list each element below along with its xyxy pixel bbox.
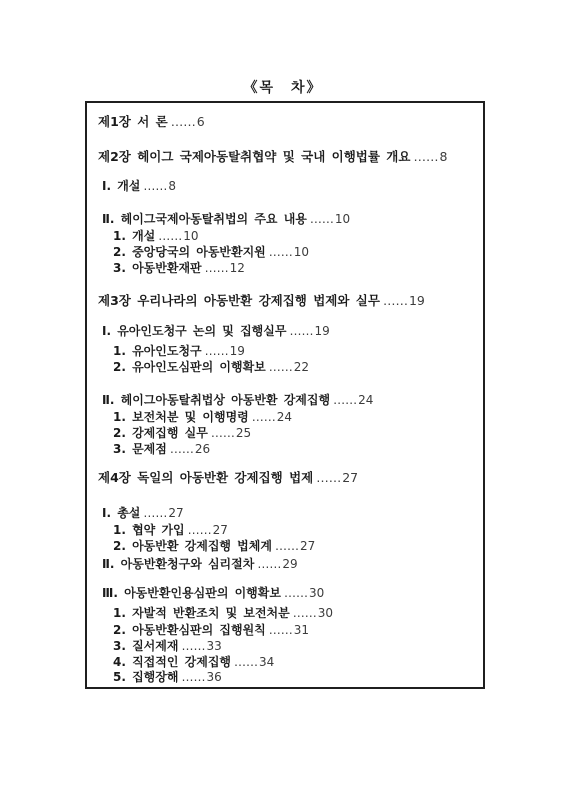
toc-entry-title: Ⅲ. 아동반환인용심판의 이행확보 bbox=[102, 586, 281, 600]
toc-leader-dots: …… bbox=[333, 393, 357, 407]
toc-page-number: 31 bbox=[294, 623, 309, 637]
toc-page-number: 30 bbox=[318, 606, 333, 620]
toc-entry-title: 1. 협약 가입 bbox=[113, 523, 185, 537]
toc-leader-dots: …… bbox=[211, 426, 235, 440]
toc-leader-dots: …… bbox=[205, 261, 229, 275]
toc-line: 1. 유아인도청구……19 bbox=[113, 345, 245, 358]
toc-line: 3. 아동반환재판……12 bbox=[113, 262, 245, 275]
toc-leader-dots: …… bbox=[413, 149, 438, 164]
toc-line: 2. 아동반환 강제집행 법체계……27 bbox=[113, 540, 315, 553]
toc-line: 2. 강제집행 실무……25 bbox=[113, 427, 251, 440]
toc-entry-title: 제2장 헤이그 국제아동탈취협약 및 국내 이행법률 개요 bbox=[98, 149, 410, 164]
toc-line: 1. 보전처분 및 이행명령……24 bbox=[113, 411, 292, 424]
toc-line: Ⅱ. 헤이그아동탈취법상 아동반환 강제집행……24 bbox=[102, 394, 373, 407]
toc-line: Ⅰ. 개설……8 bbox=[102, 180, 176, 193]
toc-entry-title: 2. 유아인도심판의 이행확보 bbox=[113, 360, 266, 374]
toc-line: 3. 질서제재……33 bbox=[113, 640, 222, 653]
toc-leader-dots: …… bbox=[171, 114, 196, 129]
toc-leader-dots: …… bbox=[316, 470, 341, 485]
toc-entry-title: Ⅱ. 헤이그국제아동탈취법의 주요 내용 bbox=[102, 212, 307, 226]
toc-entry-title: 1. 유아인도청구 bbox=[113, 344, 202, 358]
toc-page-number: 26 bbox=[195, 442, 210, 456]
toc-page-number: 6 bbox=[197, 114, 205, 129]
toc-entry-title: 제1장 서 론 bbox=[98, 114, 168, 129]
toc-leader-dots: …… bbox=[284, 586, 308, 600]
toc-leader-dots: …… bbox=[269, 360, 293, 374]
toc-leader-dots: …… bbox=[188, 523, 212, 537]
toc-leader-dots: …… bbox=[170, 442, 194, 456]
toc-page-number: 24 bbox=[277, 410, 292, 424]
toc-entry-title: Ⅱ. 아동반환청구와 심리절차 bbox=[102, 557, 254, 571]
toc-entry-title: Ⅰ. 개설 bbox=[102, 179, 140, 193]
toc-leader-dots: …… bbox=[252, 410, 276, 424]
toc-line: 2. 유아인도심판의 이행확보……22 bbox=[113, 361, 309, 374]
toc-leader-dots: …… bbox=[310, 212, 334, 226]
toc-page-number: 12 bbox=[230, 261, 245, 275]
toc-leader-dots: …… bbox=[158, 229, 182, 243]
toc-page-number: 27 bbox=[342, 470, 358, 485]
toc-entry-title: 제3장 우리나라의 아동반환 강제집행 법제와 실무 bbox=[98, 293, 380, 308]
toc-box: 제1장 서 론……6제2장 헤이그 국제아동탈취협약 및 국내 이행법률 개요…… bbox=[85, 101, 485, 689]
toc-page-number: 19 bbox=[230, 344, 245, 358]
document-page: 《목 차》 제1장 서 론……6제2장 헤이그 국제아동탈취협약 및 국내 이행… bbox=[0, 0, 566, 800]
toc-line: 3. 문제점……26 bbox=[113, 443, 210, 456]
toc-page-number: 19 bbox=[314, 324, 329, 338]
toc-leader-dots: …… bbox=[383, 293, 408, 308]
toc-entry-title: 3. 문제점 bbox=[113, 442, 167, 456]
toc-page-number: 27 bbox=[168, 506, 183, 520]
toc-page-number: 27 bbox=[300, 539, 315, 553]
toc-page-number: 8 bbox=[168, 179, 176, 193]
toc-line: 1. 개설……10 bbox=[113, 230, 199, 243]
toc-entry-title: Ⅱ. 헤이그아동탈취법상 아동반환 강제집행 bbox=[102, 393, 330, 407]
toc-page-number: 30 bbox=[309, 586, 324, 600]
toc-page-number: 8 bbox=[439, 149, 447, 164]
toc-line: Ⅱ. 헤이그국제아동탈취법의 주요 내용……10 bbox=[102, 213, 350, 226]
toc-page-number: 24 bbox=[358, 393, 373, 407]
toc-leader-dots: …… bbox=[143, 179, 167, 193]
toc-leader-dots: …… bbox=[269, 623, 293, 637]
toc-page-number: 34 bbox=[259, 655, 274, 669]
toc-line: Ⅰ. 유아인도청구 논의 및 집행실무……19 bbox=[102, 325, 330, 338]
toc-line: 제1장 서 론……6 bbox=[98, 115, 205, 128]
toc-leader-dots: …… bbox=[275, 539, 299, 553]
toc-page-number: 27 bbox=[213, 523, 228, 537]
toc-entry-title: 3. 아동반환재판 bbox=[113, 261, 202, 275]
toc-line: 1. 자발적 반환조치 및 보전처분……30 bbox=[113, 607, 333, 620]
toc-page-number: 29 bbox=[282, 557, 297, 571]
toc-entry-title: 1. 보전처분 및 이행명령 bbox=[113, 410, 249, 424]
toc-entry-title: 1. 자발적 반환조치 및 보전처분 bbox=[113, 606, 290, 620]
toc-leader-dots: …… bbox=[257, 557, 281, 571]
toc-entry-title: 2. 강제집행 실무 bbox=[113, 426, 208, 440]
toc-leader-dots: …… bbox=[289, 324, 313, 338]
toc-entry-title: 2. 아동반환 강제집행 법체계 bbox=[113, 539, 272, 553]
toc-entry-title: 3. 질서제재 bbox=[113, 639, 178, 653]
toc-leader-dots: …… bbox=[205, 344, 229, 358]
toc-page-number: 10 bbox=[183, 229, 198, 243]
toc-page-number: 10 bbox=[335, 212, 350, 226]
toc-line: 제3장 우리나라의 아동반환 강제집행 법제와 실무……19 bbox=[98, 294, 425, 307]
toc-line: 제2장 헤이그 국제아동탈취협약 및 국내 이행법률 개요……8 bbox=[98, 150, 447, 163]
toc-entry-title: 5. 집행장해 bbox=[113, 670, 178, 684]
toc-page-number: 33 bbox=[206, 639, 221, 653]
toc-line: 1. 협약 가입……27 bbox=[113, 524, 228, 537]
toc-line: Ⅲ. 아동반환인용심판의 이행확보……30 bbox=[102, 587, 324, 600]
toc-leader-dots: …… bbox=[269, 245, 293, 259]
toc-leader-dots: …… bbox=[181, 670, 205, 684]
toc-line: 2. 중앙당국의 아동반환지원……10 bbox=[113, 246, 309, 259]
toc-line: Ⅱ. 아동반환청구와 심리절차……29 bbox=[102, 558, 298, 571]
toc-line: 2. 아동반환심판의 집행원칙……31 bbox=[113, 624, 309, 637]
toc-entry-title: 1. 개설 bbox=[113, 229, 155, 243]
toc-page-number: 22 bbox=[294, 360, 309, 374]
toc-page-number: 36 bbox=[206, 670, 221, 684]
toc-entry-title: Ⅰ. 유아인도청구 논의 및 집행실무 bbox=[102, 324, 286, 338]
toc-leader-dots: …… bbox=[293, 606, 317, 620]
toc-page-number: 10 bbox=[294, 245, 309, 259]
toc-leader-dots: …… bbox=[143, 506, 167, 520]
toc-line: 5. 집행장해……36 bbox=[113, 671, 222, 684]
toc-line: 4. 직접적인 강제집행……34 bbox=[113, 656, 274, 669]
toc-page-number: 25 bbox=[236, 426, 251, 440]
toc-entry-title: 2. 중앙당국의 아동반환지원 bbox=[113, 245, 266, 259]
toc-entry-title: 4. 직접적인 강제집행 bbox=[113, 655, 231, 669]
toc-entry-title: Ⅰ. 총설 bbox=[102, 506, 140, 520]
toc-entry-title: 제4장 독일의 아동반환 강제집행 법제 bbox=[98, 470, 313, 485]
toc-line: Ⅰ. 총설……27 bbox=[102, 507, 184, 520]
toc-line: 제4장 독일의 아동반환 강제집행 법제……27 bbox=[98, 471, 358, 484]
toc-leader-dots: …… bbox=[234, 655, 258, 669]
toc-leader-dots: …… bbox=[181, 639, 205, 653]
page-title: 《목 차》 bbox=[0, 77, 566, 97]
toc-page-number: 19 bbox=[409, 293, 425, 308]
toc-entry-title: 2. 아동반환심판의 집행원칙 bbox=[113, 623, 266, 637]
